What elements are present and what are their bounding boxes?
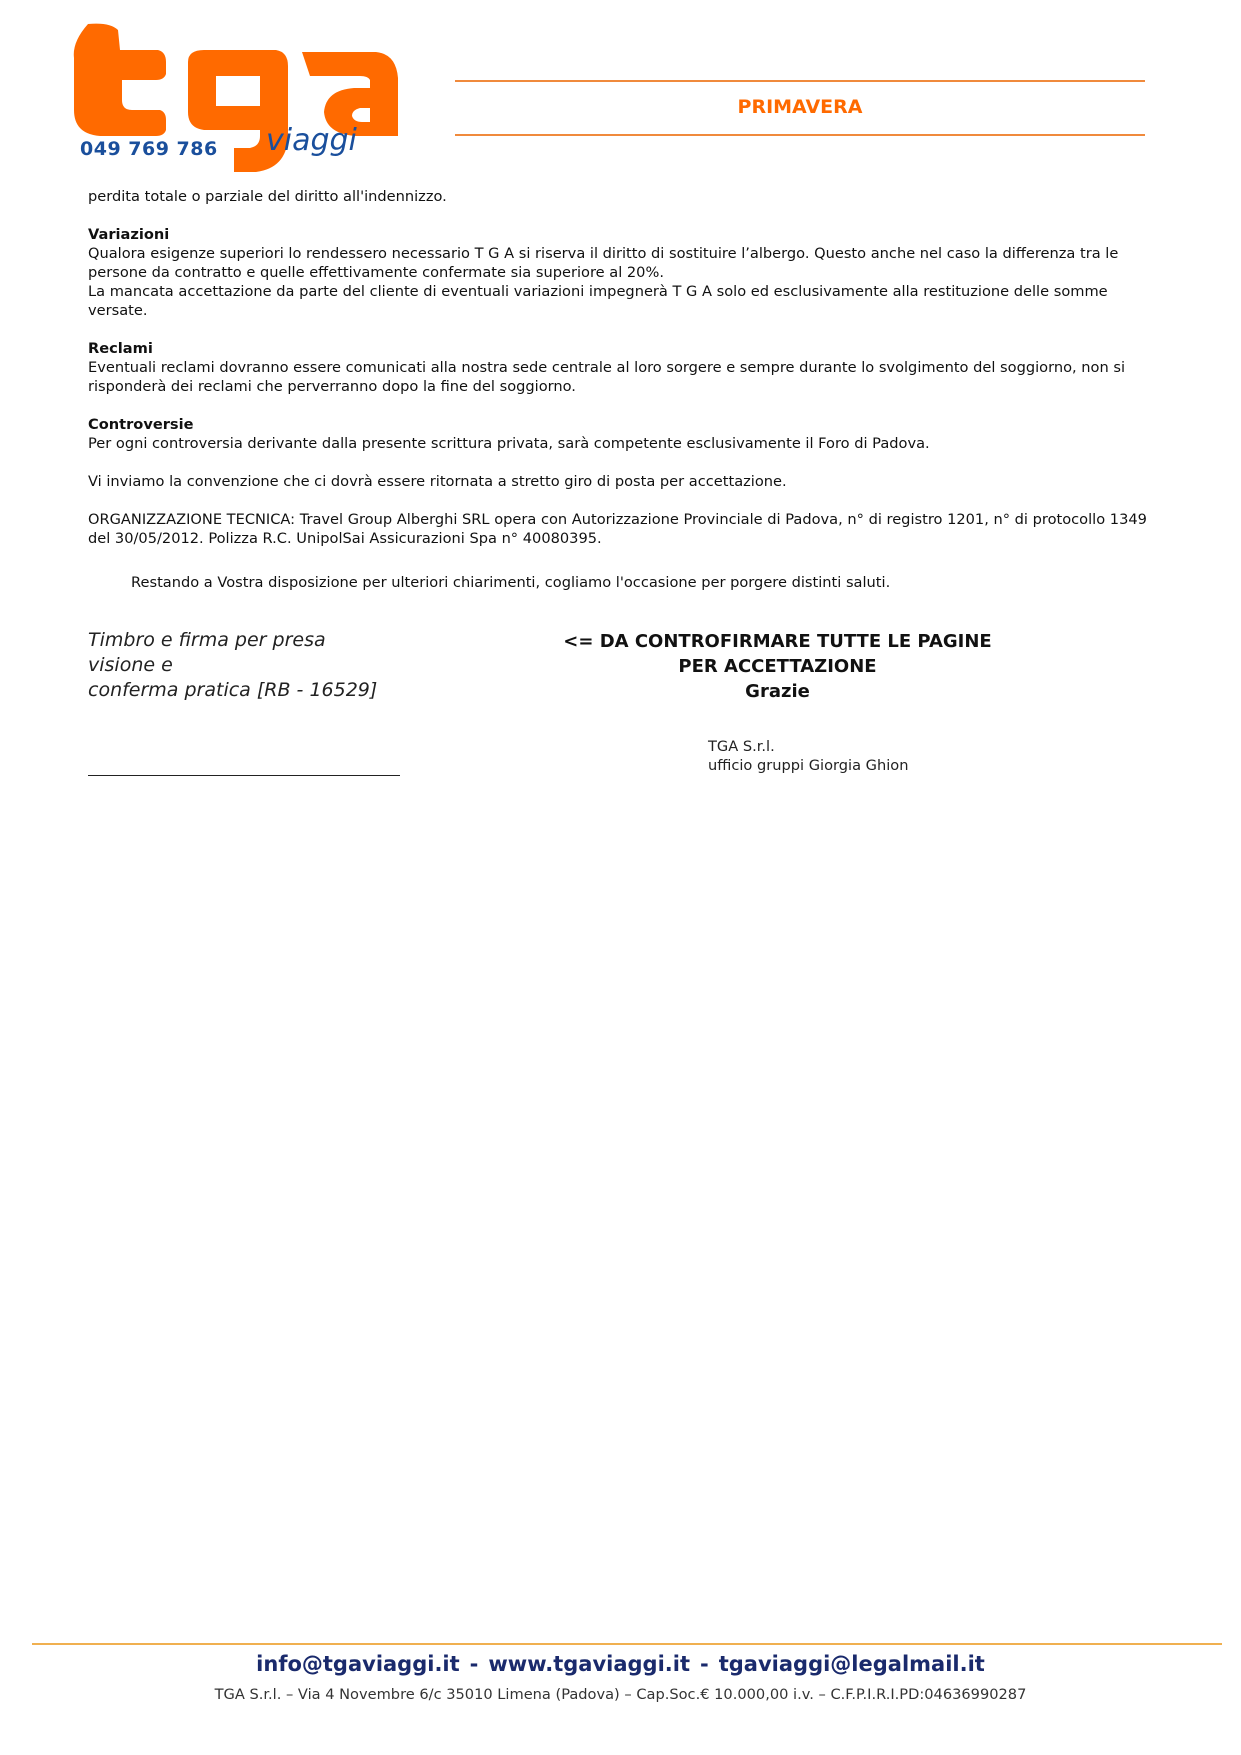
countersign-notice: <= DA CONTROFIRMARE TUTTE LE PAGINE PER …	[555, 629, 1000, 704]
document-body: perdita totale o parziale del diritto al…	[88, 187, 1148, 592]
section-heading-reclami: Reclami	[88, 339, 1148, 358]
intro-text: perdita totale o parziale del diritto al…	[88, 187, 1148, 206]
office-contact: ufficio gruppi Giorgia Ghion	[708, 756, 908, 775]
countersign-line: <= DA CONTROFIRMARE TUTTE LE PAGINE	[555, 629, 1000, 654]
convention-note: Vi inviamo la convenzione che ci dovrà e…	[88, 472, 1148, 491]
organization-note: ORGANIZZAZIONE TECNICA: Travel Group Alb…	[88, 510, 1148, 548]
page-title: PRIMAVERA	[455, 96, 1145, 118]
signature-label-line: Timbro e firma per presa	[88, 628, 418, 653]
section-paragraph: Eventuali reclami dovranno essere comuni…	[88, 358, 1148, 396]
header-rule-bottom	[455, 134, 1145, 136]
phone-number: 049 769 786	[80, 138, 218, 160]
section-heading-variazioni: Variazioni	[88, 225, 1148, 244]
signature-line	[88, 775, 400, 776]
section-paragraph: Per ogni controversia derivante dalla pr…	[88, 434, 1148, 453]
signature-label: Timbro e firma per presa visione e confe…	[88, 628, 418, 703]
header-rule-top	[455, 80, 1145, 82]
countersign-thanks: Grazie	[555, 679, 1000, 704]
svg-text:viaggi: viaggi	[266, 123, 358, 158]
countersign-line: PER ACCETTAZIONE	[555, 654, 1000, 679]
tga-logo-graphic: viaggi	[70, 18, 410, 188]
sender-block: TGA S.r.l. ufficio gruppi Giorgia Ghion	[708, 737, 908, 775]
section-paragraph: Qualora esigenze superiori lo rendessero…	[88, 244, 1148, 282]
footer-address: TGA S.r.l. – Via 4 Novembre 6/c 35010 Li…	[0, 1669, 1241, 1705]
section-paragraph: La mancata accettazione da parte del cli…	[88, 282, 1148, 320]
tga-logo: viaggi	[70, 18, 410, 188]
closing-text: Restando a Vostra disposizione per ulter…	[88, 573, 1148, 592]
company-name: TGA S.r.l.	[708, 737, 908, 756]
signature-label-line: visione e	[88, 653, 418, 678]
section-heading-controversie: Controversie	[88, 415, 1148, 434]
signature-label-line: conferma pratica [RB - 16529]	[88, 678, 418, 703]
